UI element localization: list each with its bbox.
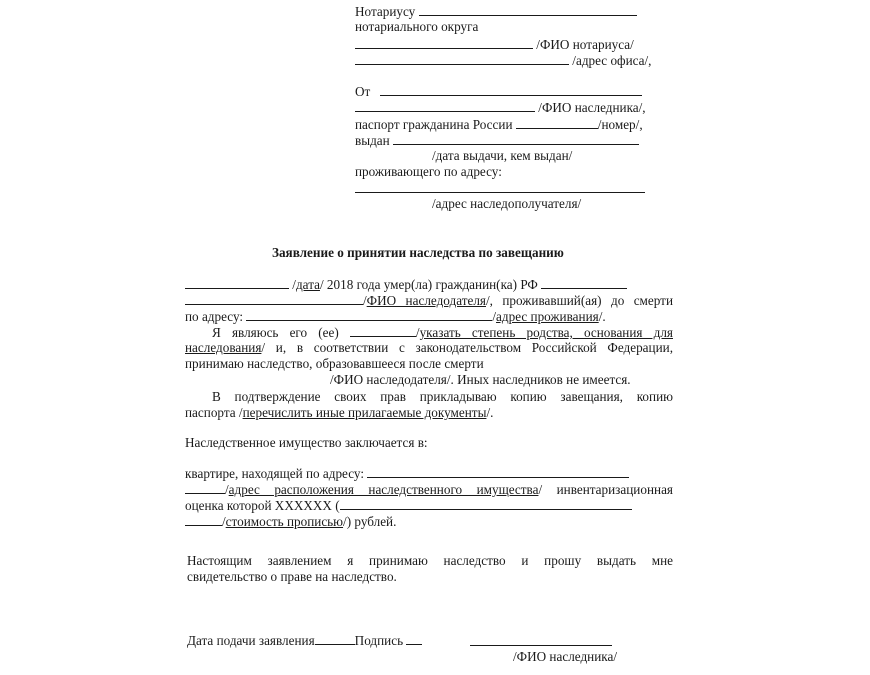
valuation-label: оценка которой XXXXXX ( — [185, 498, 340, 513]
signature-label: Подпись — [355, 633, 403, 648]
relation-hint: указать степень родства, основания для — [420, 325, 673, 340]
issued-label: выдан — [355, 133, 390, 148]
residence-line: по адресу: /адрес проживания/. — [185, 308, 606, 325]
passport-line: паспорт гражданина России /номер/, — [355, 116, 643, 133]
issued-line: выдан — [355, 132, 639, 149]
office-address-hint: /адрес офиса/, — [572, 53, 651, 68]
from-blank[interactable] — [380, 83, 642, 96]
accept-text: принимаю наследство, образовавшееся посл… — [185, 356, 484, 372]
notary-line: Нотариусу — [355, 3, 637, 20]
citizen-blank[interactable] — [541, 276, 627, 289]
heir-name-blank[interactable] — [355, 99, 535, 112]
value-words-line: /стоимость прописью/) рублей. — [185, 513, 396, 530]
issued-hint: /дата выдачи, кем выдан/ — [432, 148, 572, 164]
heir-address-blank[interactable] — [355, 192, 645, 193]
law-text: / и, в соответствии с законодательством … — [261, 340, 673, 355]
submit-date-blank[interactable] — [315, 632, 355, 645]
documents-hint: перечислить иные прилагаемые документы — [243, 405, 487, 420]
documents-list-line: паспорта /перечислить иные прилагаемые д… — [185, 405, 493, 421]
notary-blank[interactable] — [419, 3, 637, 16]
valuation-blank[interactable] — [340, 497, 632, 510]
notary-district: нотариального округа — [355, 19, 478, 35]
documents-end: /. — [486, 405, 493, 420]
residing-label: проживающего по адресу: — [355, 164, 502, 180]
office-address-blank[interactable] — [355, 52, 569, 65]
lived-text: /, проживавший(ая) до смерти — [486, 293, 673, 308]
footer-heir-name-hint: /ФИО наследника/ — [513, 649, 617, 665]
address-label: по адресу: — [185, 309, 243, 324]
relation-line: Я являюсь его (ее) /указать степень родс… — [185, 324, 673, 341]
date-label: Дата подачи заявления — [187, 633, 315, 648]
death-date-line: /дата/ 2018 года умер(ла) гражданин(ка) … — [185, 276, 627, 293]
death-text: / 2018 года умер(ла) гражданин(ка) РФ — [320, 277, 538, 292]
estate-address-blank[interactable] — [185, 481, 225, 494]
signature-line: Дата подачи заявленияПодпись — [187, 632, 422, 649]
testator-line: /ФИО наследодателя/, проживавший(ая) до … — [185, 292, 673, 309]
inventory-text: / инвентаризационная — [538, 482, 673, 497]
office-address-line: /адрес офиса/, — [355, 52, 651, 69]
residence-blank[interactable] — [246, 308, 492, 321]
valuation-line: оценка которой XXXXXX ( — [185, 497, 632, 514]
request-line-1: Настоящим заявлением я принимаю наследст… — [187, 553, 673, 569]
signature-blank[interactable] — [406, 632, 422, 645]
value-words-hint: стоимость прописью — [226, 514, 343, 529]
heir-name-hint: /ФИО наследника/, — [538, 100, 645, 115]
no-other-heirs-text: /ФИО наследодателя/. Иных наследников не… — [330, 372, 631, 388]
estate-address-line: /адрес расположения наследственного имущ… — [185, 481, 673, 498]
estate-label: Наследственное имущество заключается в: — [185, 435, 428, 451]
documents-line: В подтверждение своих прав прикладываю к… — [212, 389, 673, 405]
document-title: Заявление о принятии наследства по завещ… — [272, 245, 564, 261]
apartment-address-blank[interactable] — [367, 465, 629, 478]
rubles-text: /) рублей. — [343, 514, 396, 529]
testator-blank[interactable] — [185, 292, 363, 305]
testator-hint: ФИО наследодателя — [367, 293, 486, 308]
notary-name-line: /ФИО нотариуса/ — [355, 36, 634, 53]
inheritance-basis-line: наследования/ и, в соответствии с законо… — [185, 340, 673, 356]
passport-label: паспорт гражданина России — [355, 117, 513, 132]
apartment-label: квартире, находящей по адресу: — [185, 466, 364, 481]
relation-blank[interactable] — [350, 324, 416, 337]
notary-label: Нотариусу — [355, 4, 415, 19]
value-words-blank[interactable] — [185, 513, 222, 526]
issued-blank[interactable] — [393, 132, 639, 145]
passport-blank[interactable] — [516, 116, 598, 129]
apartment-line: квартире, находящей по адресу: — [185, 465, 629, 482]
heir-name-line: /ФИО наследника/, — [355, 99, 646, 116]
notary-name-hint: /ФИО нотариуса/ — [536, 37, 633, 52]
request-line-2: свидетельство о праве на наследство. — [187, 569, 397, 585]
notary-name-blank[interactable] — [355, 36, 533, 49]
passport-number-hint: /номер/, — [598, 117, 643, 132]
inheritance-hint: наследования — [185, 340, 261, 355]
footer-heir-name-blank[interactable] — [470, 645, 612, 646]
from-label: От — [355, 84, 370, 99]
relation-start: Я являюсь его (ее) — [185, 325, 339, 340]
heir-address-hint: /адрес наследополучателя/ — [432, 196, 581, 212]
death-date-blank[interactable] — [185, 276, 289, 289]
residence-hint: адрес проживания — [496, 309, 599, 324]
from-line: От — [355, 83, 642, 100]
date-hint: дата — [296, 277, 320, 292]
passport-text: паспорта / — [185, 405, 243, 420]
estate-address-hint: адрес расположения наследственного имуще… — [229, 482, 539, 497]
